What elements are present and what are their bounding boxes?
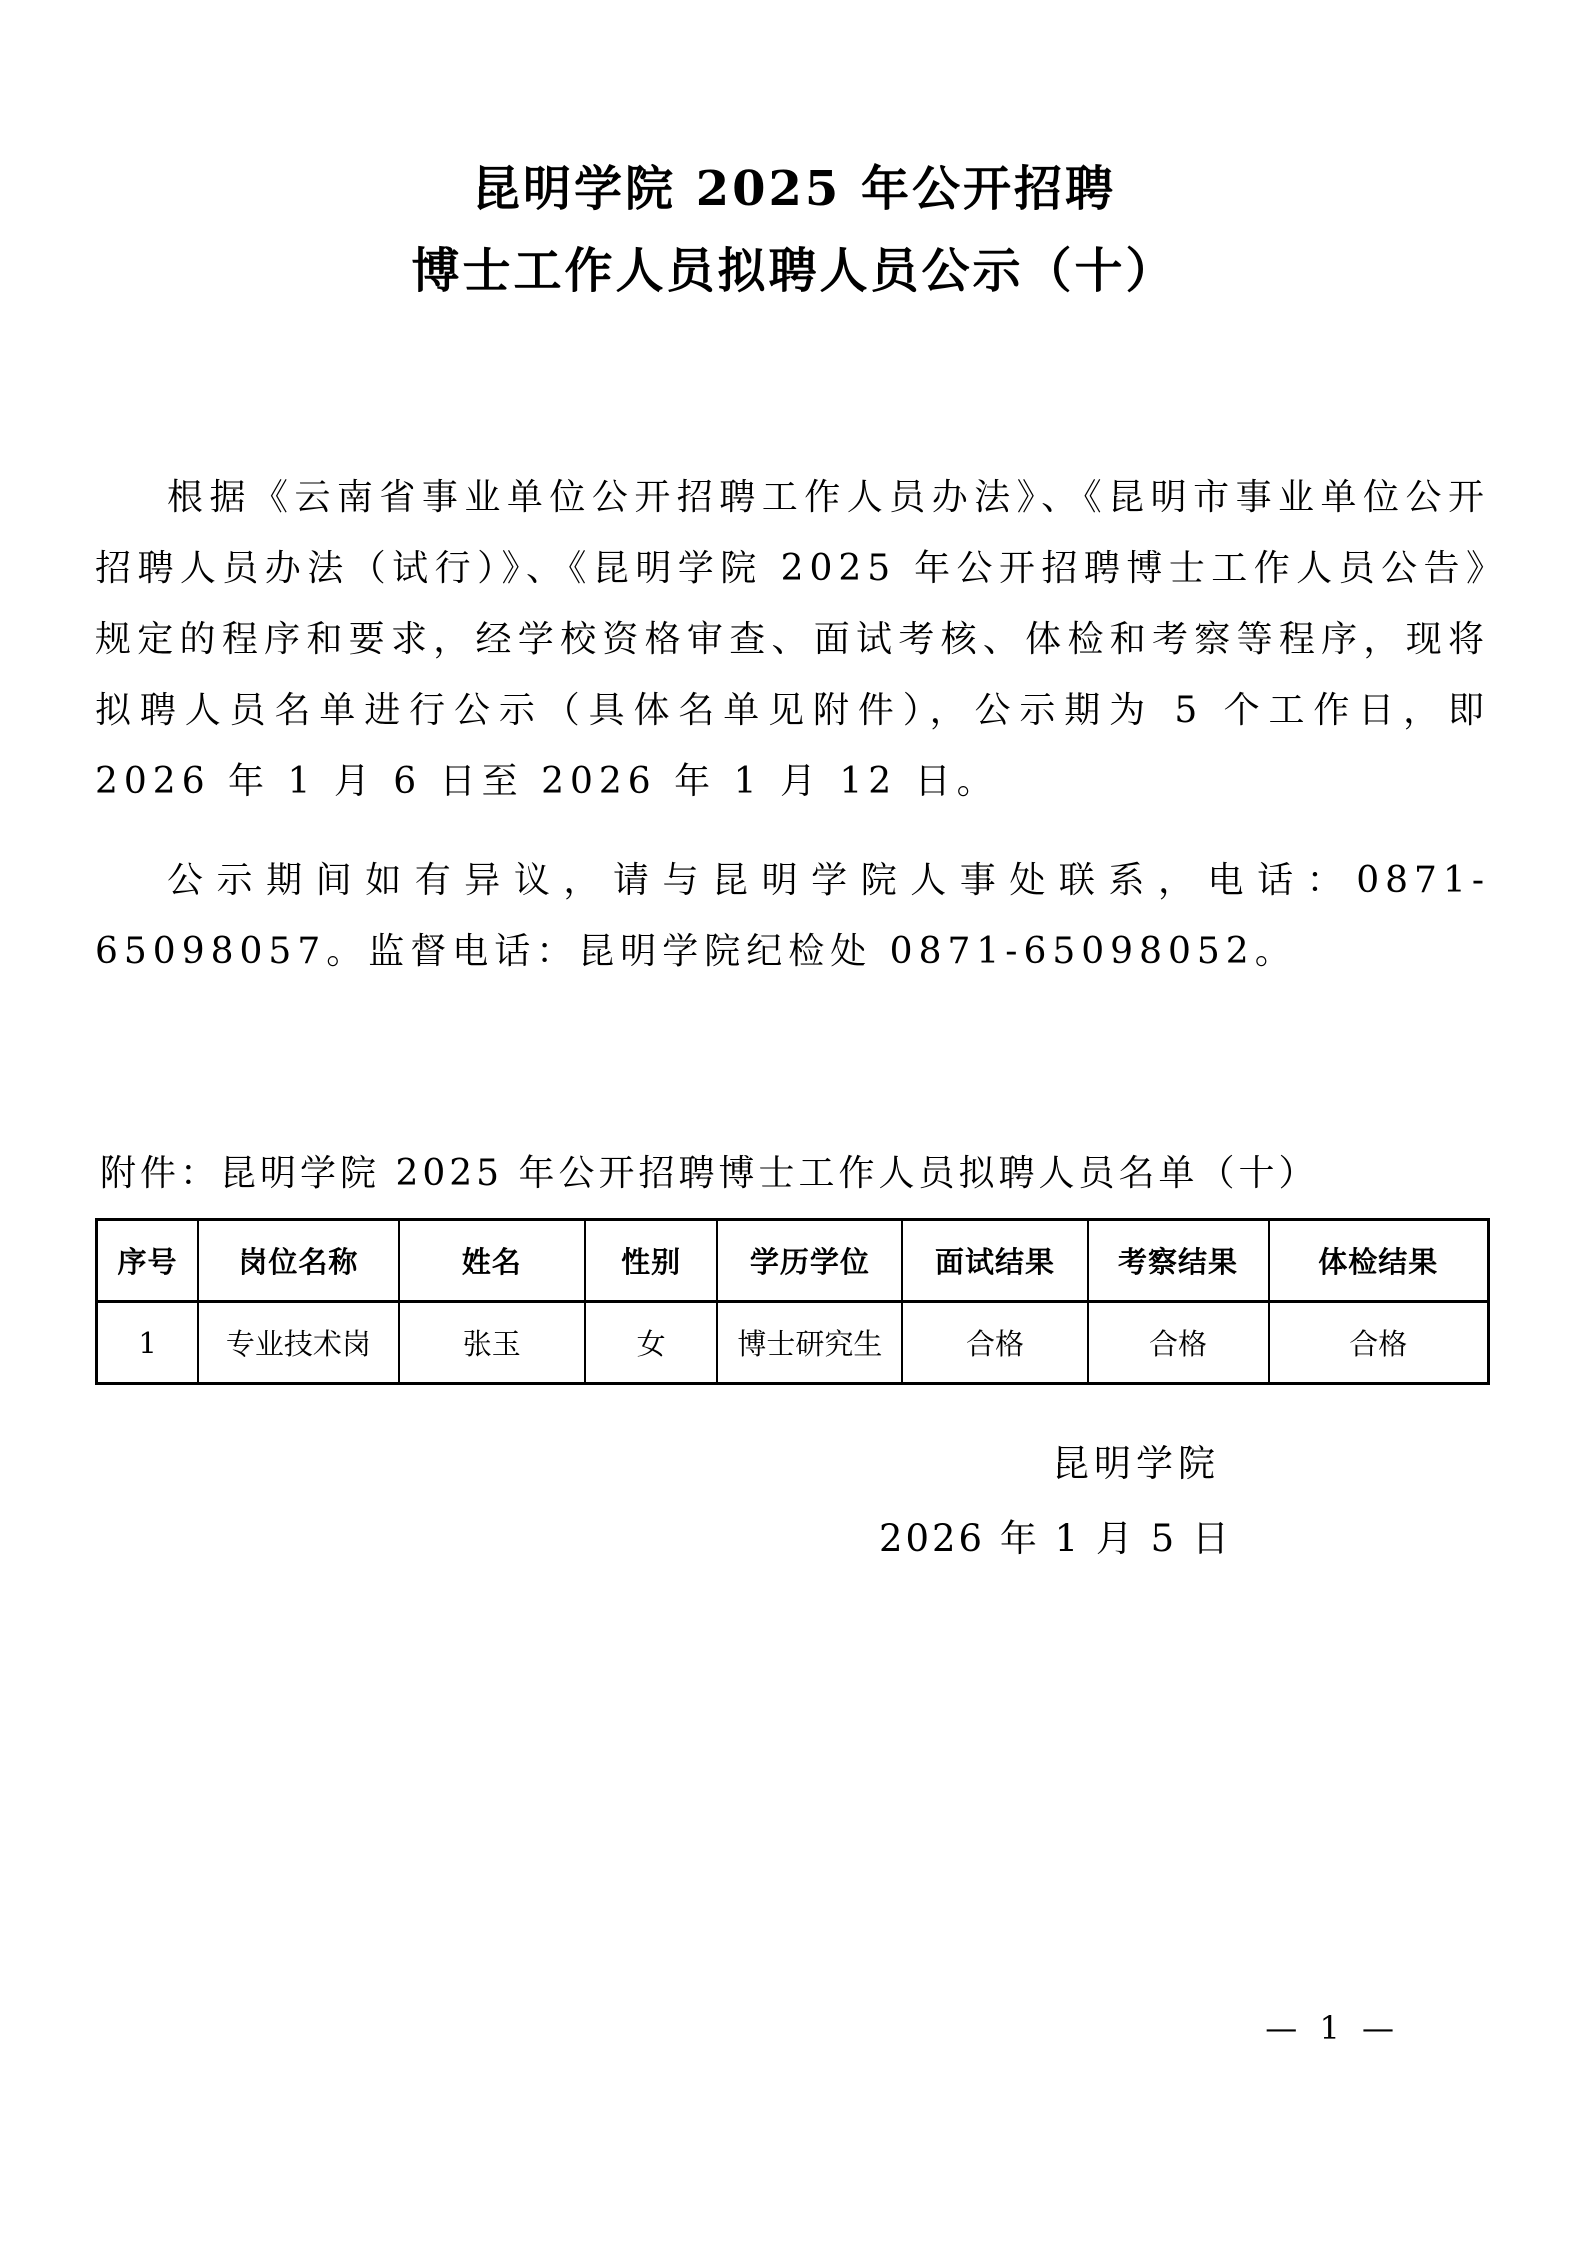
document-title-line2: 博士工作人员拟聘人员公示（十） (0, 230, 1588, 312)
paragraph-basis: 根据《云南省事业单位公开招聘工作人员办法》、《昆明市事业单位公开招聘人员办法（试… (95, 462, 1490, 817)
document-title-line1: 昆明学院 2025 年公开招聘 (0, 148, 1588, 230)
cell-seq: 1 (97, 1302, 199, 1384)
signature-organization: 昆明学院 (0, 1426, 1588, 1501)
cell-degree: 博士研究生 (717, 1302, 902, 1384)
proposed-hires-table: 序号 岗位名称 姓名 性别 学历学位 面试结果 考察结果 体检结果 1 专业技术… (95, 1218, 1490, 1385)
cell-gender: 女 (585, 1302, 717, 1384)
table-header-seq: 序号 (97, 1220, 199, 1302)
table-header-gender: 性别 (585, 1220, 717, 1302)
page-number: — 1 — (1265, 2008, 1400, 2048)
cell-inspection-result: 合格 (1088, 1302, 1269, 1384)
cell-position: 专业技术岗 (198, 1302, 398, 1384)
paragraph-contact: 公示期间如有异议，请与昆明学院人事处联系，电话：0871-65098057。监督… (95, 845, 1490, 987)
table-header-position: 岗位名称 (198, 1220, 398, 1302)
table-row: 1 专业技术岗 张玉 女 博士研究生 合格 合格 合格 (97, 1302, 1489, 1384)
document-page: 昆明学院 2025 年公开招聘 博士工作人员拟聘人员公示（十） 根据《云南省事业… (0, 0, 1588, 2244)
attachment-label: 附件：昆明学院 2025 年公开招聘博士工作人员拟聘人员名单（十） (100, 1138, 1490, 1209)
table-header-inspection-result: 考察结果 (1088, 1220, 1269, 1302)
cell-interview-result: 合格 (902, 1302, 1087, 1384)
signature-date: 2026 年 1 月 5 日 (0, 1501, 1588, 1576)
table-header-degree: 学历学位 (717, 1220, 902, 1302)
table-header-name: 姓名 (399, 1220, 586, 1302)
cell-physical-result: 合格 (1269, 1302, 1489, 1384)
table-header-physical-result: 体检结果 (1269, 1220, 1489, 1302)
table-header-row: 序号 岗位名称 姓名 性别 学历学位 面试结果 考察结果 体检结果 (97, 1220, 1489, 1302)
cell-name: 张玉 (399, 1302, 586, 1384)
document-title: 昆明学院 2025 年公开招聘 博士工作人员拟聘人员公示（十） (0, 0, 1588, 312)
table-header-interview-result: 面试结果 (902, 1220, 1087, 1302)
